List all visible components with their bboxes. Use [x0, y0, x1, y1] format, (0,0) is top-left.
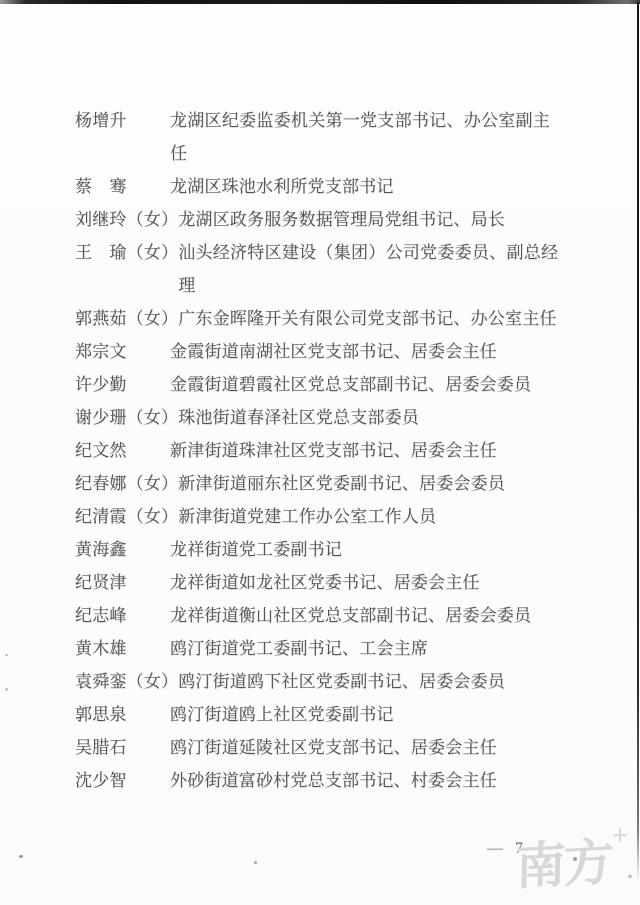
roster-entry: 郑宗文 金霞街道南湖社区党支部书记、居委会主任: [75, 335, 555, 368]
entry-name: 谢少珊（女）: [75, 401, 178, 434]
roster-entry: 纪春娜（女） 新津街道丽东社区党委副书记、居委会委员: [75, 467, 555, 500]
roster-list: 杨增升 龙湖区纪委监委机关第一党支部书记、办公室副主任 蔡 骞 龙湖区珠池水利所…: [0, 0, 640, 797]
entry-name: 纪志峰: [75, 599, 170, 632]
entry-title: 新津街道丽东社区党委副书记、居委会委员: [178, 467, 558, 500]
roster-entry: 许少勤 金霞街道碧霞社区党总支部副书记、居委会委员: [75, 368, 555, 401]
roster-entry: 袁舜銮（女） 鸥汀街道鸥下社区党委副书记、居委会委员: [75, 665, 555, 698]
entry-name: 郑宗文: [75, 335, 170, 368]
entry-name: 许少勤: [75, 368, 170, 401]
watermark-dot: .: [627, 858, 633, 883]
entry-title: 鸥汀街道鸥上社区党委副书记: [170, 698, 550, 731]
roster-entry: 谢少珊（女） 珠池街道春泽社区党总支部委员: [75, 401, 555, 434]
roster-entry: 黄木雄 鸥汀街道党工委副书记、工会主席: [75, 632, 555, 665]
scan-speck: [5, 654, 8, 656]
entry-name: 王 瑜（女）: [75, 236, 178, 269]
entry-title: 新津街道党建工作办公室工作人员: [178, 500, 558, 533]
watermark-plus-icon: +: [612, 820, 628, 852]
entry-name: 杨增升: [75, 104, 170, 137]
entry-title: 龙湖区珠池水利所党支部书记: [170, 170, 550, 203]
scan-speck: [573, 857, 577, 861]
roster-entry: 纪清霞（女） 新津街道党建工作办公室工作人员: [75, 500, 555, 533]
document-page: 杨增升 龙湖区纪委监委机关第一党支部书记、办公室副主任 蔡 骞 龙湖区珠池水利所…: [0, 0, 640, 905]
entry-title: 龙祥街道衡山社区党总支部副书记、居委会委员: [170, 599, 550, 632]
entry-name: 纪贤津: [75, 566, 170, 599]
entry-name: 黄海鑫: [75, 533, 170, 566]
entry-name: 刘继玲（女）: [75, 203, 178, 236]
entry-name: 吴腊石: [75, 731, 170, 764]
entry-title: 鸥汀街道鸥下社区党委副书记、居委会委员: [178, 665, 558, 698]
entry-title: 广东金晖隆开关有限公司党支部书记、办公室主任: [178, 302, 558, 335]
roster-entry: 纪文然 新津街道珠津社区党支部书记、居委会主任: [75, 434, 555, 467]
roster-entry: 蔡 骞 龙湖区珠池水利所党支部书记: [75, 170, 555, 203]
entry-title: 金霞街道南湖社区党支部书记、居委会主任: [170, 335, 550, 368]
entry-name: 纪文然: [75, 434, 170, 467]
entry-name: 沈少智: [75, 764, 170, 797]
page-number: — 7 —: [487, 840, 555, 858]
scan-speck: [5, 688, 8, 691]
roster-entry: 郭思泉 鸥汀街道鸥上社区党委副书记: [75, 698, 555, 731]
roster-entry: 刘继玲（女） 龙湖区政务服务数据管理局党组书记、局长: [75, 203, 555, 236]
roster-entry: 纪贤津 龙祥街道如龙社区党委书记、居委会主任: [75, 566, 555, 599]
entry-title: 鸥汀街道延陵社区党支部书记、居委会主任: [170, 731, 550, 764]
scan-speck: [254, 861, 257, 864]
entry-title: 龙祥街道党工委副书记: [170, 533, 550, 566]
roster-entry: 纪志峰 龙祥街道衡山社区党总支部副书记、居委会委员: [75, 599, 555, 632]
entry-title: 鸥汀街道党工委副书记、工会主席: [170, 632, 550, 665]
roster-entry: 黄海鑫 龙祥街道党工委副书记: [75, 533, 555, 566]
entry-title: 新津街道珠津社区党支部书记、居委会主任: [170, 434, 550, 467]
entry-name: 纪春娜（女）: [75, 467, 178, 500]
roster-entry: 杨增升 龙湖区纪委监委机关第一党支部书记、办公室副主任: [75, 104, 555, 170]
entry-title: 龙湖区纪委监委机关第一党支部书记、办公室副主任: [170, 104, 550, 170]
entry-name: 黄木雄: [75, 632, 170, 665]
roster-entry: 王 瑜（女） 汕头经济特区建设（集团）公司党委委员、副总经理: [75, 236, 555, 302]
scan-speck: [19, 855, 23, 858]
entry-title: 珠池街道春泽社区党总支部委员: [178, 401, 558, 434]
entry-name: 郭燕茹（女）: [75, 302, 178, 335]
roster-entry: 沈少智 外砂街道富砂村党总支部书记、村委会主任: [75, 764, 555, 797]
entry-name: 蔡 骞: [75, 170, 170, 203]
entry-title: 龙湖区政务服务数据管理局党组书记、局长: [178, 203, 558, 236]
roster-entry: 郭燕茹（女） 广东金晖隆开关有限公司党支部书记、办公室主任: [75, 302, 555, 335]
entry-name: 纪清霞（女）: [75, 500, 178, 533]
entry-title: 外砂街道富砂村党总支部书记、村委会主任: [170, 764, 550, 797]
roster-entry: 吴腊石 鸥汀街道延陵社区党支部书记、居委会主任: [75, 731, 555, 764]
entry-name: 袁舜銮（女）: [75, 665, 178, 698]
entry-title: 龙祥街道如龙社区党委书记、居委会主任: [170, 566, 550, 599]
entry-name: 郭思泉: [75, 698, 170, 731]
entry-title: 金霞街道碧霞社区党总支部副书记、居委会委员: [170, 368, 550, 401]
entry-title: 汕头经济特区建设（集团）公司党委委员、副总经理: [178, 236, 558, 302]
